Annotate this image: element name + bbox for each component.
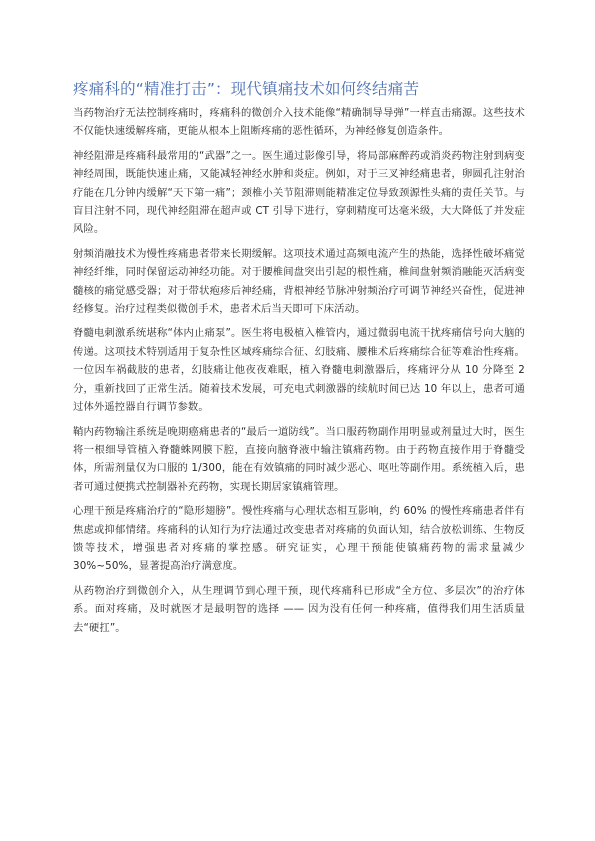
paragraph-intrathecal-drug-delivery: 鞘内药物输注系统是晚期癌痛患者的“最后一道防线”。当口服药物副作用明显或剂量过大… — [73, 423, 525, 497]
document-page: 疼痛科的“精准打击”：现代镇痛技术如何终结痛苦 当药物治疗无法控制疼痛时，疼痛科… — [73, 80, 525, 643]
paragraph-radiofrequency-ablation: 射频消融技术为慢性疼痛患者带来长期缓解。这项技术通过高频电流产生的热能，选择性破… — [73, 245, 525, 319]
paragraph-conclusion: 从药物治疗到微创介入，从生理调节到心理干预，现代疼痛科已形成“全方位、多层次”的… — [73, 582, 525, 637]
paragraph-intro: 当药物治疗无法控制疼痛时，疼痛科的微创介入技术能像“精确制导导弹”一样直击痛源。… — [73, 104, 525, 141]
article-title: 疼痛科的“精准打击”：现代镇痛技术如何终结痛苦 — [73, 80, 525, 99]
paragraph-nerve-block: 神经阻滞是疼痛科最常用的“武器”之一。医生通过影像引导，将局部麻醉药或消炎药物注… — [73, 147, 525, 239]
paragraph-spinal-cord-stimulation: 脊髓电刺激系统堪称“体内止痛泵”。医生将电极植入椎管内，通过微弱电流干扰疼痛信号… — [73, 324, 525, 416]
paragraph-psychological-intervention: 心理干预是疼痛治疗的“隐形翅膀”。慢性疼痛与心理状态相互影响，约 60% 的慢性… — [73, 502, 525, 576]
